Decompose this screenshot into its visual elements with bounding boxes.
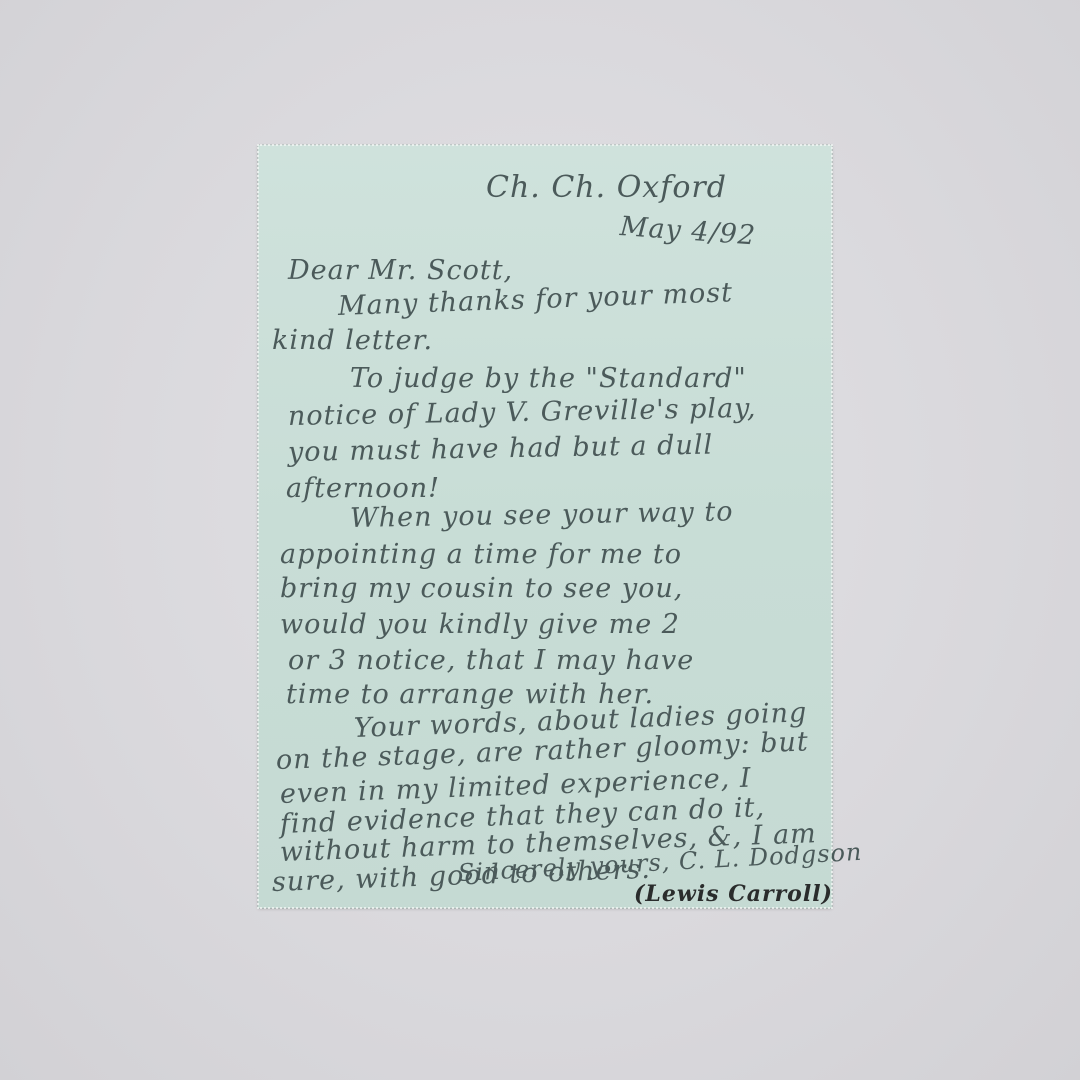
letter-date: May 4/92: [619, 213, 757, 249]
letter-line: When you see your way to: [350, 498, 734, 532]
letter-line: or 3 notice, that I may have: [288, 647, 694, 674]
letter-line: would you kindly give me 2: [280, 611, 680, 638]
corner-mark: [814, 151, 824, 157]
letter-line: you must have had but a dull: [288, 432, 714, 466]
letter-line: To judge by the "Standard": [350, 365, 747, 392]
letter-line: kind letter.: [272, 327, 433, 354]
letter-pen-name: (Lewis Carroll): [634, 883, 833, 905]
letter-card: Ch. Ch. Oxford May 4/92 Dear Mr. Scott, …: [258, 145, 832, 908]
letter-line: afternoon!: [286, 475, 440, 502]
letter-line: appointing a time for me to: [280, 541, 682, 568]
letter-salutation: Dear Mr. Scott,: [288, 257, 513, 284]
letter-line: notice of Lady V. Greville's play,: [288, 395, 757, 430]
letter-address: Ch. Ch. Oxford: [486, 173, 727, 203]
letter-line: bring my cousin to see you,: [280, 575, 683, 602]
